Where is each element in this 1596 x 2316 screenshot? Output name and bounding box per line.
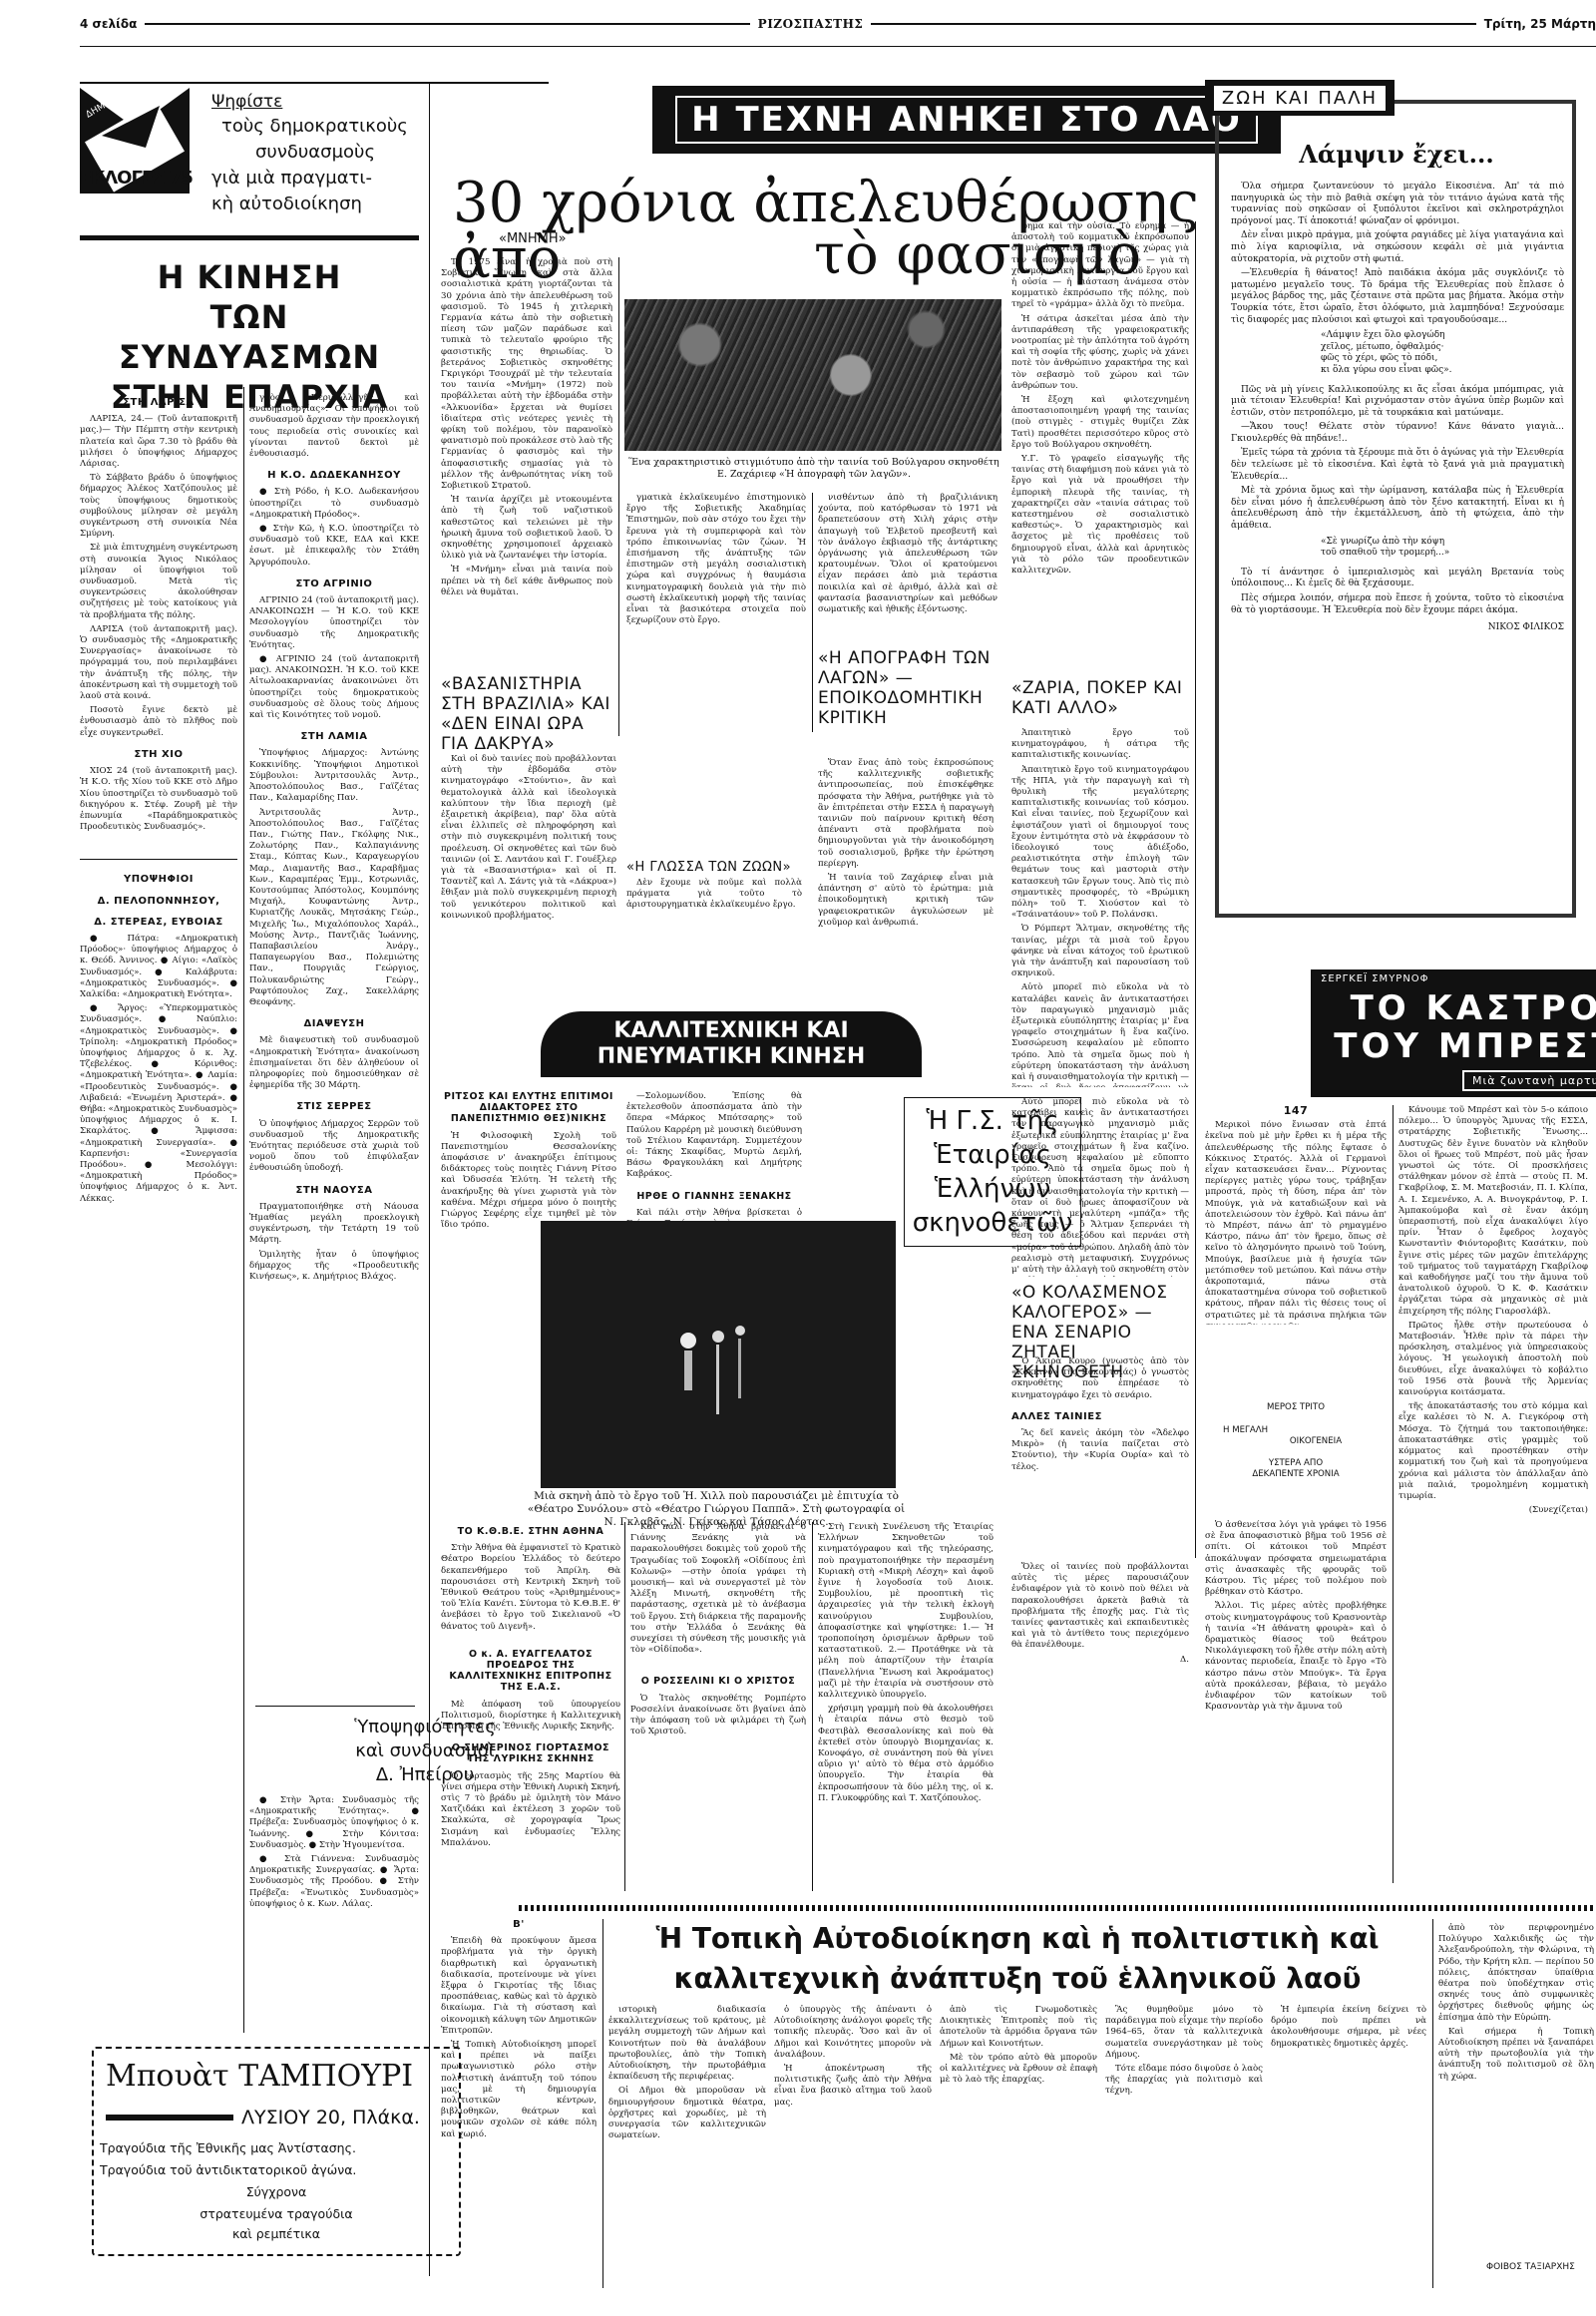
article-column: ιστορικὴ διαδικασία ἐκκαλλιτεχνίσεως τοῦ… [608, 2005, 766, 2294]
serial-column: Κάνουμε τοῦ Μπρέστ καὶ τὸν 5-ο κάποιο πό… [1398, 1105, 1588, 1883]
divider [80, 235, 419, 240]
column-rule [618, 257, 619, 736]
ad-venue-name: Μπουὰτ ΤΑΜΠΟΥΡΙ [106, 2059, 413, 2094]
film-kicker: «ΜΝΗΜΗ» [499, 231, 567, 246]
article-column: γμὸς Περισυλλογῆς καὶ Ἀναδημιουργίας». Ο… [249, 393, 419, 1690]
article-column: ἀπὸ τὸν περιφρονημένο Πολύγυρο Χαλκιδικῆ… [1438, 1923, 1594, 2262]
section-heading-glossa: «Η ΓΛΩΣΣΑ ΤΩΝ ΖΩΩΝ» [626, 858, 802, 878]
vote-line: γιὰ μιὰ πραγματι- [211, 168, 372, 189]
decorative-border [519, 1905, 1596, 1911]
column-rule [429, 82, 430, 2276]
article-column: Ὁ Ἄκιρα Κουρο (γνωστὸς ἀπὸ τὸν «Κόκκινο»… [1011, 1356, 1189, 1556]
newspaper-page: 4 σελίδα ΡΙΖΟΣΠΑΣΤΗΣ Τρίτη, 25 Μάρτη ΔΗΜ… [80, 0, 1596, 2316]
article-column: Ὅταν ἕνας ἀπὸ τοὺς ἐκπροσώπους τῆς καλλι… [818, 758, 994, 997]
vote-line: τοὺς δημοκρατικοὺς [221, 116, 408, 137]
serial-column: 147 Μερικοὶ πόνο ἔνιωσαν στὰ ἐπτά ἐκεῖνα… [1205, 1105, 1387, 1325]
divider [80, 46, 1596, 47]
column-rule [243, 387, 244, 2033]
divider [145, 23, 749, 25]
serial-column: Ὁ ἀσθενείτσα λόγι γιὰ γράφει τὸ 1956 σὲ … [1205, 1520, 1387, 1879]
issue-date: Τρίτη, 25 Μάρτη [1484, 17, 1596, 31]
column-rule [1195, 221, 1196, 1558]
ad-line: Τραγούδια τοῦ ἀντιδικτατορικοῦ ἀγώνα. [94, 2162, 459, 2177]
vote-line: συνδυασμοὺς [255, 142, 375, 163]
continued-label: (Συνεχίζεται) [1398, 1505, 1588, 1516]
masthead: ΡΙΖΟΣΠΑΣΤΗΣ [758, 17, 864, 31]
section-heading-vasanistiria: «ΒΑΣΑΝΙΣΤΗΡΙΑ ΣΤΗ ΒΡΑΖΙΛΙΑ» ΚΑΙ «ΔΕΝ ΕΙΝ… [441, 674, 616, 754]
article-column: Β' Ἐπειδὴ θὰ προκύψουν ἄμεσα προβλήματα … [441, 1919, 597, 2288]
ad-line: στρατευμένα τραγούδια [94, 2206, 459, 2221]
elections-year-label: ΕΚΛΟΓΕΣ 75 [80, 168, 193, 189]
article-column: ● Στὴν Ἄρτα: Συνδυασμὸς τῆς «Δημοκρατικῆ… [249, 1795, 419, 2025]
article-column: Καὶ οἱ δυὸ ταινίες ποὺ προβάλλονται αὐτὴ… [441, 754, 616, 983]
article-column: Καὶ πάλι στὴν Ἀθήνα βρίσκεται ὁ Γιάννης … [630, 1522, 806, 1881]
ad-line: καὶ ρεμπέτικα [94, 2226, 459, 2241]
section-banner-arts: ΚΑΛΛΙΤΕΧΝΙΚΗ ΚΑΙ ΠΝΕΥΜΑΤΙΚΗ ΚΙΝΗΣΗ [541, 1011, 922, 1077]
article-column: Ἂς θυμηθοῦμε μόνο τὸ παράδειγμα ποὺ εἶχα… [1105, 2005, 1263, 2294]
divider [871, 23, 1475, 25]
section-banner: Η ΤΕΧΝΗ ΑΝΗΚΕΙ ΣΤΟ ΛΑΟ [652, 86, 1281, 154]
column-rule [624, 1522, 625, 1891]
serial-part-heading: ΜΕΡΟΣ ΤΡΙΤΟ Η ΜΕΓΑΛΗ ΟΙΚΟΓΕΝΕΙΑ ΥΣΤΕΡΑ Α… [1205, 1402, 1387, 1512]
page-number: 4 σελίδα [80, 17, 137, 31]
article-signature: ΦΟΙΒΟΣ ΤΑΞΙΑΡΧΗΣ [1486, 2262, 1575, 2272]
article-column: ἀπὸ τὶς Γνωμοδοτικὲς Διοικητικὲς Ἐπιτροπ… [940, 2005, 1097, 2294]
running-head: 4 σελίδα ΡΙΖΟΣΠΑΣΤΗΣ Τρίτη, 25 Μάρτη [80, 14, 1596, 34]
photo-caption: Ἕνα χαρακτηριστικὸ στιγμιότυπο ἀπὸ τὴν τ… [624, 457, 1003, 481]
column-rule [812, 1522, 813, 1891]
column-headline: Λάμψιν ἔχει... [1227, 140, 1566, 169]
column-rule [1432, 1919, 1433, 2288]
section-heading-zaria: «ΖΑΡΙΑ, ΠΟΚΕΡ ΚΑΙ ΚΑΤΙ ΑΛΛΟ» [1011, 678, 1189, 718]
column-tab: ΖΩΗ ΚΑΙ ΠΑΛΗ [1205, 80, 1395, 116]
article-column: Ἀπαιτητικὸ ἔργο τοῦ κινηματογράφου, ἡ σά… [1011, 728, 1189, 1087]
ad-address: ΛΥΣΙΟΥ 20, Πλάκα. [241, 2107, 420, 2128]
film-still-photo [624, 299, 1001, 451]
column-text: Ὅλα σήμερα ζωντανεύουν τὸ μεγάλο Εἰκοσιέ… [1231, 182, 1564, 910]
article-column: Δὲν ἔχουμε νὰ ποῦμε καὶ πολλὰ πράγματα γ… [626, 878, 802, 997]
article-column: Στὴ Γενικὴ Συνέλευση τῆς Ἑταιρίας Ἑλλήνω… [818, 1522, 994, 1881]
article-column: ΤΟ Κ.Θ.Β.Ε. ΣΤΗΝ ΑΘΗΝΑ Στὴν Ἀθήνα θὰ ἐμφ… [441, 1522, 620, 1881]
article-column: φημα καὶ τὴν οὐσία. Τὸ εὕρημα — ἡ ἀποστο… [1011, 221, 1189, 720]
theatre-scene-photo [541, 1221, 896, 1488]
vote-title: Ψηφίστε [211, 92, 282, 112]
divider [255, 1706, 415, 1707]
article-column: Ἡ ἐμπειρία ἐκείνη δείχνει τὸ δρόμο ποὺ π… [1271, 2005, 1426, 2294]
article-column: Αὐτὸ μπορεῖ πιὸ εὔκολα νὰ τὸ καταλάβει κ… [1011, 1097, 1189, 1277]
column-signature: ΝΙΚΟΣ ΦΙΛΙΚΟΣ [1231, 622, 1564, 634]
article-column: γματικὰ ἐκλαϊκευμένο ἐπιστημονικὸ ἔργο τ… [626, 493, 806, 742]
section-heading-apografi: «Η ΑΠΟΓΡΑΦΗ ΤΩΝ ΛΑΓΩΝ» — ΕΠΟΙΚΟΔΟΜΗΤΙΚΗ … [818, 648, 994, 728]
article-column: ὁ ὑπουργὸς τῆς ἀπέναντι ὁ Αὐτοδιοίκησης … [774, 2005, 932, 2294]
column-rule [812, 493, 813, 732]
ad-line: Σύγχρονα [94, 2184, 459, 2199]
article-column: ΣΤΗ ΛΑΡΙΣΑ ΛΑΡΙΣΑ, 24.— (Τοῦ ἀνταποκριτῆ… [80, 387, 237, 2023]
column-rule [602, 1919, 603, 2288]
divider [106, 2115, 233, 2121]
vote-line: κὴ αὐτοδιοίκηση [211, 193, 362, 214]
serial-banner-kastro: ΣΕΡΓΚΕΪ ΣΜΥΡΝΟΦ ΤΟ ΚΑΣΤΡΟ ΤΟΥ ΜΠΡΕΣΤ Μιὰ… [1311, 969, 1596, 1097]
column-rule [1393, 1105, 1394, 1883]
divider [80, 82, 549, 84]
ad-line: Τραγούδια τῆς Ἐθνικῆς μας Ἀντίστασης. [94, 2140, 459, 2155]
article-column: Ὅλες οἱ ταινίες ποὺ προβάλλονται αὐτὲς τ… [1011, 1562, 1189, 1881]
article-headline-autodioikisi: Ἡ Τοπικὴ Αὐτοδιοίκηση καὶ ἡ πολιτιστικὴ … [648, 1919, 1387, 1999]
